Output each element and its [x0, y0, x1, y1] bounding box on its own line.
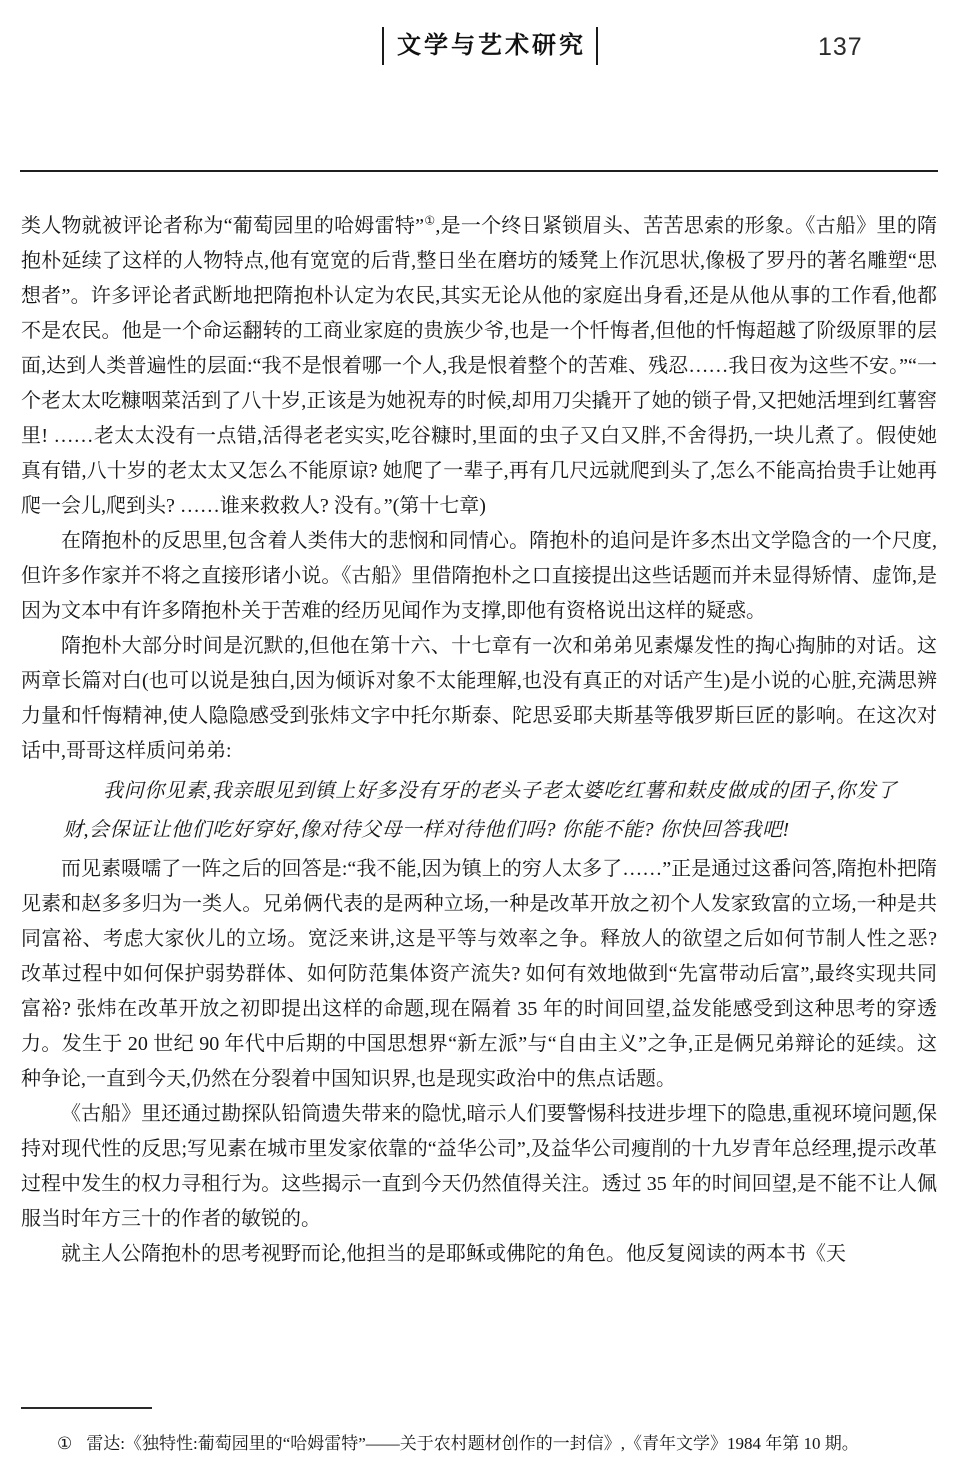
running-head: 文学与艺术研究: [0, 27, 958, 65]
paragraph: 而见素嗫嚅了一阵之后的回答是:“我不能,因为镇上的穷人太多了……”正是通过这番问…: [21, 852, 937, 1097]
header-rule: [20, 170, 938, 172]
article-body: 类人物就被评论者称为“葡萄园里的哈姆雷特”①,是一个终日紧锁眉头、苦苦思索的形象…: [21, 209, 937, 1272]
paragraph: 就主人公隋抱朴的思考视野而论,他担当的是耶稣或佛陀的角色。他反复阅读的两本书《天: [21, 1237, 937, 1272]
footnote-text: 雷达:《独特性:葡萄园里的“哈姆雷特”——关于农村题材创作的一封信》,《青年文学…: [86, 1431, 859, 1457]
block-quote: 我问你见素,我亲眼见到镇上好多没有牙的老头子老太婆吃红薯和麸皮做成的团子,你发了…: [63, 772, 897, 849]
footnote-rule: [21, 1407, 152, 1409]
section-title: 文学与艺术研究: [382, 27, 598, 65]
paragraph-text: ,是一个终日紧锁眉头、苦苦思索的形象。《古船》里的隋抱朴延续了这样的人物特点,他…: [21, 215, 937, 517]
footnote: ① 雷达:《独特性:葡萄园里的“哈姆雷特”——关于农村题材创作的一封信》,《青年…: [57, 1431, 927, 1457]
paragraph: 隋抱朴大部分时间是沉默的,但他在第十六、十七章有一次和弟弟见素爆发性的掏心掏肺的…: [21, 629, 937, 769]
paragraph: 《古船》里还通过勘探队铅筒遗失带来的隐忧,暗示人们要警惕科技进步埋下的隐患,重视…: [21, 1097, 937, 1237]
paragraph: 在隋抱朴的反思里,包含着人类伟大的悲悯和同情心。隋抱朴的追问是许多杰出文学隐含的…: [21, 524, 937, 629]
paragraph-continuation: 类人物就被评论者称为“葡萄园里的哈姆雷特”①,是一个终日紧锁眉头、苦苦思索的形象…: [21, 209, 937, 524]
footnote-ref-marker: ①: [424, 213, 435, 227]
journal-page: 文学与艺术研究 137 类人物就被评论者称为“葡萄园里的哈姆雷特”①,是一个终日…: [0, 0, 958, 1476]
paragraph-text: 类人物就被评论者称为“葡萄园里的哈姆雷特”: [21, 215, 424, 237]
page-number: 137: [818, 33, 863, 62]
footnote-marker: ①: [57, 1431, 72, 1457]
